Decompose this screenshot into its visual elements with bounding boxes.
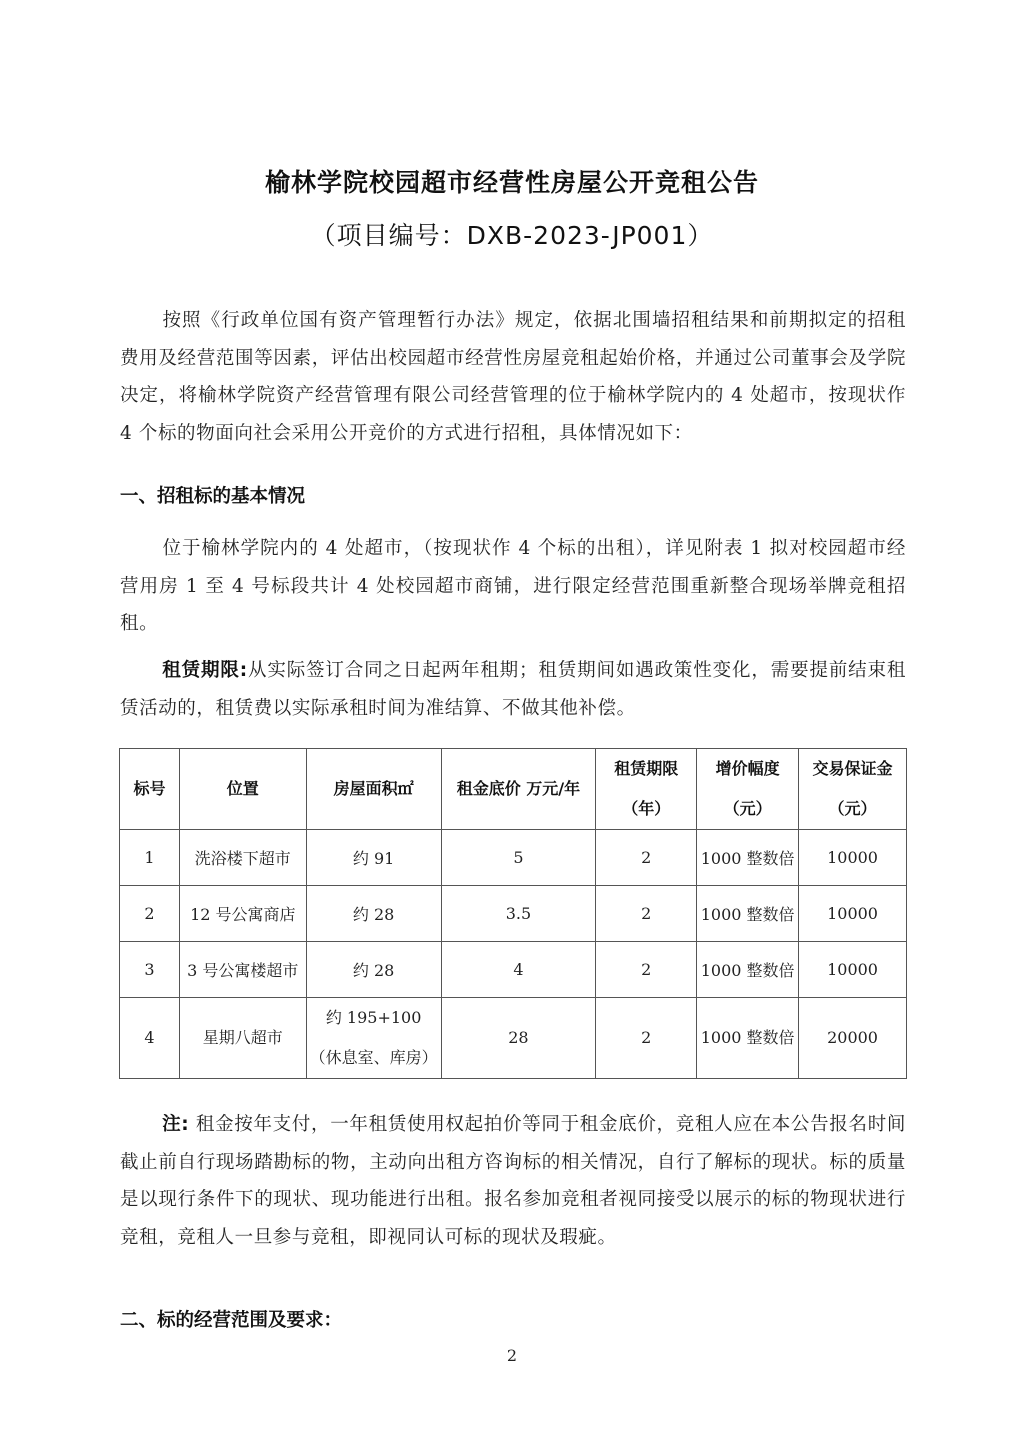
cell-lease-term: 2 — [596, 886, 697, 942]
table-row: 1 洗浴楼下超市 约 91 5 2 1000 整数倍 10000 — [120, 830, 907, 886]
cell-area: 约 195+100（休息室、库房） — [306, 998, 441, 1079]
table-row: 3 3 号公寓楼超市 约 28 4 2 1000 整数倍 10000 — [120, 942, 907, 998]
cell-lease-term: 2 — [596, 998, 697, 1079]
cell-deposit: 20000 — [799, 998, 907, 1079]
cell-area: 约 28 — [306, 942, 441, 998]
cell-base-rent: 4 — [441, 942, 596, 998]
header-increment: 增价幅度（元） — [697, 749, 799, 830]
document-page: 榆林学院校园超市经营性房屋公开竞租公告 （项目编号：DXB-2023-JP001… — [0, 0, 1024, 1448]
cell-base-rent: 3.5 — [441, 886, 596, 942]
cell-area: 约 91 — [306, 830, 441, 886]
table-row: 2 12 号公寓商店 约 28 3.5 2 1000 整数倍 10000 — [120, 886, 907, 942]
project-number: （项目编号：DXB-2023-JP001） — [0, 216, 1024, 252]
lease-term-label: 租赁期限: — [162, 660, 248, 681]
cell-base-rent: 5 — [441, 830, 596, 886]
section-2-heading: 二、标的经营范围及要求： — [120, 1306, 342, 1332]
cell-deposit: 10000 — [799, 942, 907, 998]
cell-lease-term: 2 — [596, 942, 697, 998]
cell-increment: 1000 整数倍 — [697, 830, 799, 886]
header-area: 房屋面积㎡ — [306, 749, 441, 830]
cell-deposit: 10000 — [799, 830, 907, 886]
header-lease-term: 租赁期限（年） — [596, 749, 697, 830]
table-header-row: 标号 位置 房屋面积㎡ 租金底价 万元/年 租赁期限（年） 增价幅度（元） 交易… — [120, 749, 907, 830]
header-deposit: 交易保证金（元） — [799, 749, 907, 830]
cell-increment: 1000 整数倍 — [697, 998, 799, 1079]
section-1-paragraph: 位于榆林学院内的 4 处超市，（按现状作 4 个标的出租），详见附表 1 拟对校… — [120, 530, 906, 643]
note-text: 租金按年支付，一年租赁使用权起拍价等同于租金底价，竞租人应在本公告报名时间截止前… — [120, 1114, 906, 1248]
cell-area: 约 28 — [306, 886, 441, 942]
document-title: 榆林学院校园超市经营性房屋公开竞租公告 — [0, 163, 1024, 199]
intro-text: 按照《行政单位国有资产管理暂行办法》规定，依据北围墙招租结果和前期拟定的招租费用… — [120, 310, 906, 444]
cell-location: 洗浴楼下超市 — [179, 830, 306, 886]
header-location: 位置 — [179, 749, 306, 830]
cell-increment: 1000 整数倍 — [697, 886, 799, 942]
rental-lots-table: 标号 位置 房屋面积㎡ 租金底价 万元/年 租赁期限（年） 增价幅度（元） 交易… — [119, 748, 907, 1079]
cell-base-rent: 28 — [441, 998, 596, 1079]
cell-lot-number: 2 — [120, 886, 180, 942]
note-label: 注: — [162, 1114, 189, 1135]
cell-lot-number: 1 — [120, 830, 180, 886]
section-1-heading: 一、招租标的基本情况 — [120, 482, 305, 508]
cell-lot-number: 3 — [120, 942, 180, 998]
table-row: 4 星期八超市 约 195+100（休息室、库房） 28 2 1000 整数倍 … — [120, 998, 907, 1079]
lease-term-paragraph: 租赁期限:从实际签订合同之日起两年租期；租赁期间如遇政策性变化，需要提前结束租赁… — [120, 652, 906, 727]
section-1-text: 位于榆林学院内的 4 处超市，（按现状作 4 个标的出租），详见附表 1 拟对校… — [120, 538, 906, 634]
cell-deposit: 10000 — [799, 886, 907, 942]
cell-lot-number: 4 — [120, 998, 180, 1079]
page-number: 2 — [0, 1346, 1024, 1365]
header-lot-number: 标号 — [120, 749, 180, 830]
cell-location: 星期八超市 — [179, 998, 306, 1079]
cell-location: 3 号公寓楼超市 — [179, 942, 306, 998]
note-paragraph: 注: 租金按年支付，一年租赁使用权起拍价等同于租金底价，竞租人应在本公告报名时间… — [120, 1106, 906, 1256]
cell-lease-term: 2 — [596, 830, 697, 886]
cell-location: 12 号公寓商店 — [179, 886, 306, 942]
intro-paragraph: 按照《行政单位国有资产管理暂行办法》规定，依据北围墙招租结果和前期拟定的招租费用… — [120, 302, 906, 452]
cell-increment: 1000 整数倍 — [697, 942, 799, 998]
header-base-rent: 租金底价 万元/年 — [441, 749, 596, 830]
